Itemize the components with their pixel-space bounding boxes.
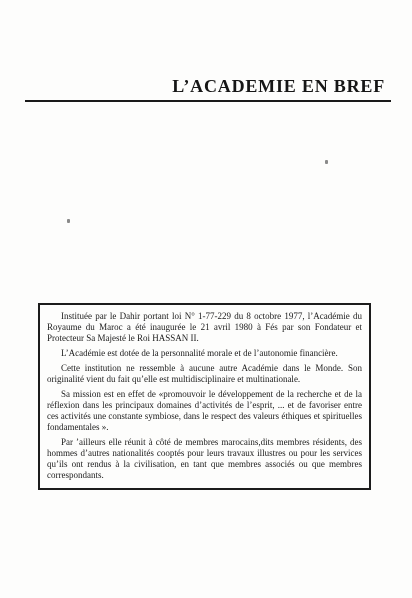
- scan-artifact-speck: [325, 160, 328, 164]
- paragraph-legal-status: L’Académie est dotée de la personnalité …: [47, 348, 362, 359]
- document-page: L’ACADEMIE EN BREF Instituée par le Dahi…: [0, 0, 412, 598]
- page-title: L’ACADEMIE EN BREF: [172, 76, 385, 97]
- paragraph-members: Par ’ailleurs elle réunit à côté de memb…: [47, 437, 362, 481]
- scan-artifact-speck: [67, 219, 70, 223]
- title-rule-divider: [25, 100, 391, 102]
- paragraph-mission: Sa mission est en effet de «promouvoir l…: [47, 389, 362, 433]
- paragraph-originality: Cette institution ne ressemble à aucune …: [47, 363, 362, 385]
- paragraph-founding: Instituée par le Dahir portant loi N° 1-…: [47, 311, 362, 344]
- academy-summary-box: Instituée par le Dahir portant loi N° 1-…: [38, 303, 371, 490]
